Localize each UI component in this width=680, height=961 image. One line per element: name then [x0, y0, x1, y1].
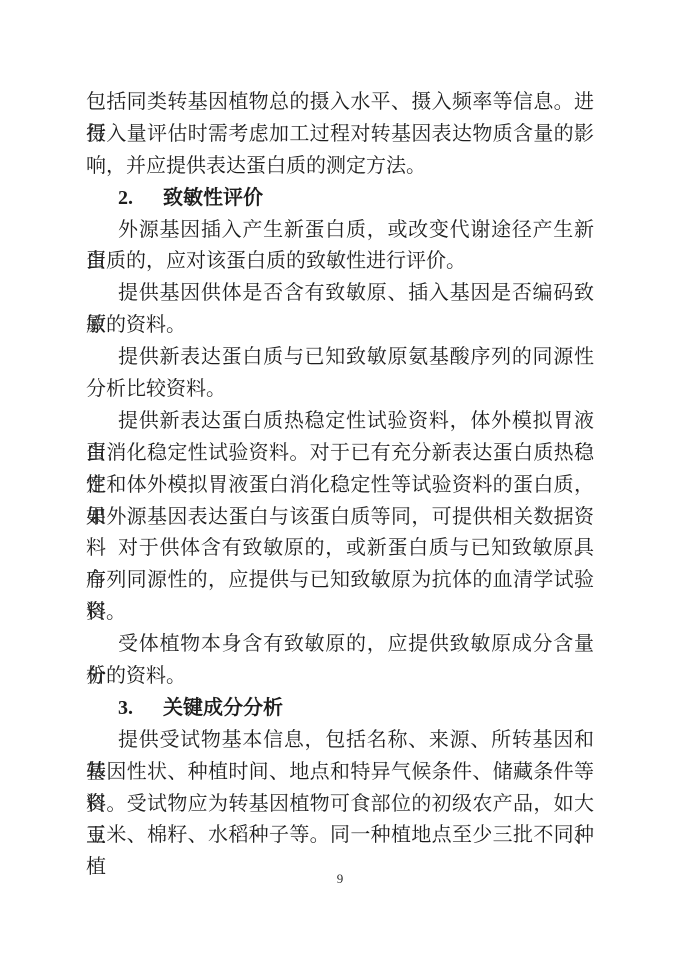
text-line: 析的资料。 — [86, 661, 594, 693]
paragraph: 提供基因供体是否含有致敏原、插入基因是否编码致敏原的资料。 — [86, 278, 594, 342]
section-heading: 2.致敏性评价 — [86, 183, 594, 215]
text-line: 果外源基因表达蛋白与该蛋白质等同，可提供相关数据资料。 — [86, 502, 594, 534]
text-line: 受体植物本身含有致敏原的，应提供致敏原成分含量分 — [86, 629, 594, 661]
text-line: 外源基因插入产生新蛋白质，或改变代谢途径产生新蛋 — [86, 215, 594, 247]
paragraph: 外源基因插入产生新蛋白质，或改变代谢途径产生新蛋白质的，应对该蛋白质的致敏性进行… — [86, 215, 594, 279]
text-line: 包括同类转基因植物总的摄入水平、摄入频率等信息。进行 — [86, 87, 594, 119]
paragraph: 提供新表达蛋白质与已知致敏原氨基酸序列的同源性分析比较资料。 — [86, 342, 594, 406]
text-line: 白质的，应对该蛋白质的致敏性进行评价。 — [86, 246, 594, 278]
text-line: 白消化稳定性试验资料。对于已有充分新表达蛋白质热稳定 — [86, 438, 594, 470]
section-number: 3. — [118, 693, 133, 725]
text-line: 性和体外模拟胃液蛋白消化稳定性等试验资料的蛋白质，如 — [86, 470, 594, 502]
page-number: 9 — [0, 870, 680, 888]
text-line: 序列同源性的，应提供与已知致敏原为抗体的血清学试验资 — [86, 565, 594, 597]
text-line: 摄入量评估时需考虑加工过程对转基因表达物质含量的影 — [86, 119, 594, 151]
text-line: 基因性状、种植时间、地点和特异气候条件、储藏条件等资 — [86, 757, 594, 789]
text-line: 提供基因供体是否含有致敏原、插入基因是否编码致敏 — [86, 278, 594, 310]
text-line: 料。 — [86, 597, 594, 629]
document-page: 包括同类转基因植物总的摄入水平、摄入频率等信息。进行摄入量评估时需考虑加工过程对… — [0, 0, 680, 961]
section-title: 关键成分分析 — [163, 697, 283, 719]
text-line: 原的资料。 — [86, 310, 594, 342]
text-line: 玉米、棉籽、水稻种子等。同一种植地点至少三批不同种植 — [86, 820, 594, 852]
text-line: 对于供体含有致敏原的，或新蛋白质与已知致敏原具有 — [86, 533, 594, 565]
section-title: 致敏性评价 — [163, 187, 263, 209]
document-body: 包括同类转基因植物总的摄入水平、摄入频率等信息。进行摄入量评估时需考虑加工过程对… — [86, 87, 594, 852]
text-line: 提供受试物基本信息，包括名称、来源、所转基因和转 — [86, 725, 594, 757]
paragraph: 对于供体含有致敏原的，或新蛋白质与已知致敏原具有序列同源性的，应提供与已知致敏原… — [86, 533, 594, 629]
paragraph: 包括同类转基因植物总的摄入水平、摄入频率等信息。进行摄入量评估时需考虑加工过程对… — [86, 87, 594, 183]
section-number: 2. — [118, 183, 133, 215]
section-heading: 3.关键成分分析 — [86, 693, 594, 725]
text-line: 响，并应提供表达蛋白质的测定方法。 — [86, 151, 594, 183]
text-line: 提供新表达蛋白质与已知致敏原氨基酸序列的同源性 — [86, 342, 594, 374]
paragraph: 提供新表达蛋白质热稳定性试验资料，体外模拟胃液蛋白消化稳定性试验资料。对于已有充… — [86, 406, 594, 534]
text-line: 提供新表达蛋白质热稳定性试验资料，体外模拟胃液蛋 — [86, 406, 594, 438]
text-line: 分析比较资料。 — [86, 374, 594, 406]
paragraph: 受体植物本身含有致敏原的，应提供致敏原成分含量分析的资料。 — [86, 629, 594, 693]
text-line: 料。受试物应为转基因植物可食部位的初级农产品，如大豆、 — [86, 789, 594, 821]
paragraph: 提供受试物基本信息，包括名称、来源、所转基因和转基因性状、种植时间、地点和特异气… — [86, 725, 594, 853]
